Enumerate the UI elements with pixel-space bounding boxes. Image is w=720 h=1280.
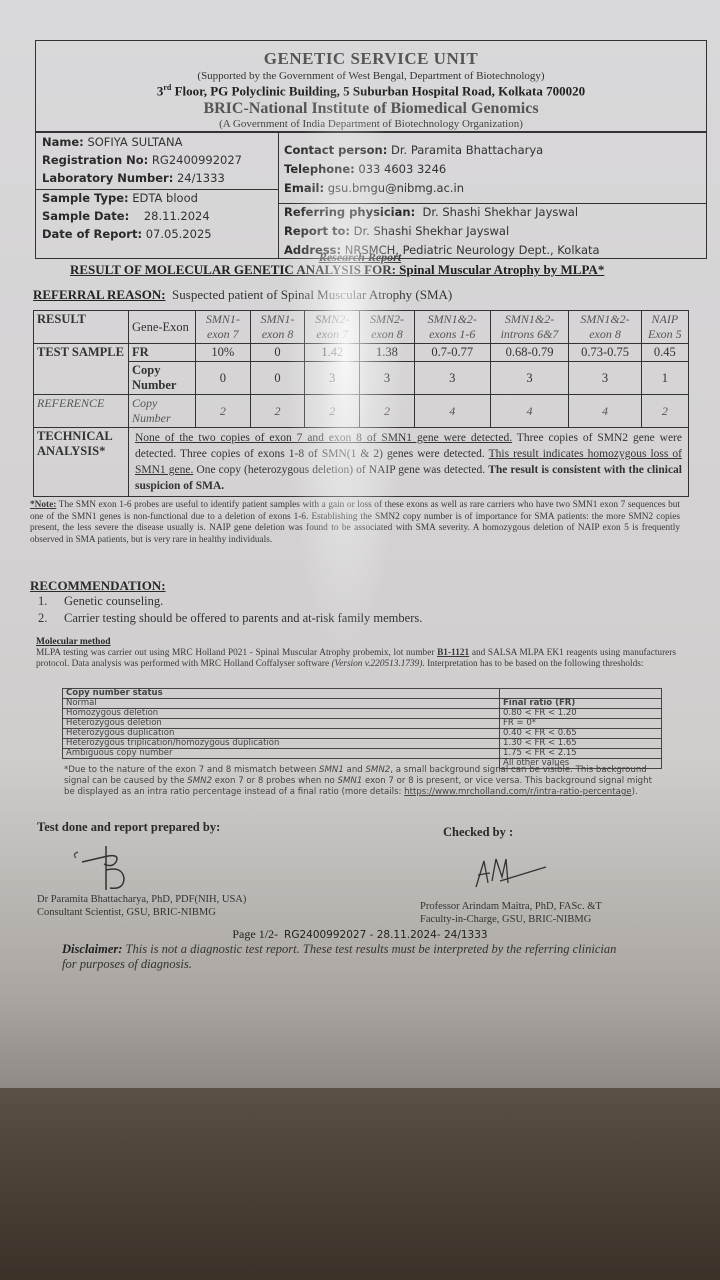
ratio-cell: FR = 0*: [500, 719, 662, 729]
preparer-signature-icon: [68, 840, 138, 895]
contact-details: Contact person: Dr. Paramita Bhattachary…: [278, 133, 706, 258]
column-header: SMN2-exon 7: [305, 311, 360, 344]
column-header: SMN1-exon 8: [250, 311, 305, 344]
reference-copy-label: Copy Number: [129, 395, 196, 428]
analysis-title: RESULT OF MOLECULAR GENETIC ANALYSIS FOR…: [70, 262, 604, 278]
table-surface: [0, 1088, 720, 1280]
intra-ratio-link[interactable]: https://www.mrcholland.com/r/intra-ratio…: [404, 787, 631, 797]
fr-label: FR: [129, 344, 196, 362]
thresholds-table: Copy number status NormalFinal ratio (FR…: [62, 688, 662, 769]
patient-details: Name: SOFIYA SULTANA Registration No: RG…: [36, 133, 279, 258]
technical-analysis-text: None of the two copies of exon 7 and exo…: [129, 428, 689, 497]
molecular-method-heading: Molecular method: [36, 637, 111, 647]
referral-reason: REFERRAL REASON: Suspected patient of Sp…: [33, 287, 452, 303]
ratio-header: Final ratio (FR): [500, 699, 662, 709]
status-cell: Ambiguous copy number: [63, 749, 500, 759]
status-cell: Heterozygous duplication: [63, 729, 500, 739]
reference-value: 2: [641, 395, 688, 428]
copy-number-value: 3: [414, 362, 490, 395]
copy-number-value: 3: [569, 362, 641, 395]
fr-value: 0.73-0.75: [569, 344, 641, 362]
table-row: Heterozygous deletionFR = 0*: [63, 719, 662, 729]
checker-name: Professor Arindam Maitra, PhD, FASc. &T: [420, 900, 602, 913]
reference-value: 2: [250, 395, 305, 428]
ratio-cell: 0.80 < FR < 1.20: [500, 709, 662, 719]
ratio-cell: 1.75 < FR < 2.15: [500, 749, 662, 759]
copy-number-value: 3: [490, 362, 569, 395]
institute-name: BRIC-National Institute of Biomedical Ge…: [36, 100, 706, 118]
status-cell: Heterozygous deletion: [63, 719, 500, 729]
government-line: (A Government of India Department of Bio…: [36, 118, 706, 130]
patient-name: Name: SOFIYA SULTANA: [42, 135, 182, 149]
fr-value: 0: [250, 344, 305, 362]
laboratory-number: Laboratory Number: 24/1333: [42, 171, 225, 185]
page-info: Page 1/2- RG2400992027 - 28.11.2024- 24/…: [0, 927, 720, 942]
preparer-credentials: Dr Paramita Bhattacharya, PhD, PDF(NIH, …: [37, 893, 246, 919]
footnote-text: *Due to the nature of the exon 7 and 8 m…: [64, 765, 664, 798]
note-paragraph: *Note: The SMN exon 1-6 probes are usefu…: [30, 500, 680, 546]
gene-exon-label: Gene-Exon: [129, 311, 196, 344]
column-header: NAIP Exon 5: [641, 311, 688, 344]
divider: [278, 203, 706, 204]
table-header-row: RESULT Gene-Exon SMN1-exon 7 SMN1-exon 8…: [34, 311, 689, 344]
letterhead: GENETIC SERVICE UNIT (Supported by the G…: [35, 40, 707, 132]
sample-date: Sample Date: 28.11.2024: [42, 209, 210, 223]
patient-info-box: Name: SOFIYA SULTANA Registration No: RG…: [35, 132, 707, 259]
disclaimer: Disclaimer: This is not a diagnostic tes…: [62, 942, 622, 972]
unit-title: GENETIC SERVICE UNIT: [36, 49, 706, 69]
report-date: Date of Report: 07.05.2025: [42, 227, 212, 241]
reference-value: 4: [414, 395, 490, 428]
reference-row: REFERENCE Copy Number 2 2 2 2 4 4 4 2: [34, 395, 689, 428]
supported-by: (Supported by the Government of West Ben…: [36, 70, 706, 82]
reference-value: 4: [569, 395, 641, 428]
fr-value: 0.45: [641, 344, 688, 362]
column-header: SMN1&2-exons 1-6: [414, 311, 490, 344]
blank-cell: [500, 689, 662, 699]
column-header: SMN1-exon 7: [196, 311, 251, 344]
status-cell: Heterozygous triplication/homozygous dup…: [63, 739, 500, 749]
copy-number-value: 0: [196, 362, 251, 395]
status-header: Copy number status: [63, 689, 500, 699]
copy-number-value: 0: [250, 362, 305, 395]
prepared-by-label: Test done and report prepared by:: [37, 820, 220, 835]
copy-number-value: 1: [641, 362, 688, 395]
fr-value: 0.7-0.77: [414, 344, 490, 362]
preparer-title: Consultant Scientist, GSU, BRIC-NIBMG: [37, 906, 246, 919]
table-row: Heterozygous duplication0.40 < FR < 0.65: [63, 729, 662, 739]
column-header: SMN1&2-introns 6&7: [490, 311, 569, 344]
checker-credentials: Professor Arindam Maitra, PhD, FASc. &T …: [420, 900, 602, 926]
table-row: Copy number status: [63, 689, 662, 699]
reference-label: REFERENCE: [34, 395, 129, 428]
fr-value: 1.38: [360, 344, 415, 362]
technical-row: TECHNICAL ANALYSIS* None of the two copi…: [34, 428, 689, 497]
registration-number: Registration No: RG2400992027: [42, 153, 242, 167]
list-item: 2.Carrier testing should be offered to p…: [38, 611, 422, 626]
copy-number-value: 3: [360, 362, 415, 395]
test-sample-label: TEST SAMPLE: [34, 344, 129, 395]
email: Email: gsu.bmgu@nibmg.ac.in: [284, 181, 464, 195]
recommendation-list: 1.Genetic counseling. 2.Carrier testing …: [38, 594, 422, 628]
divider: [36, 189, 278, 190]
reference-value: 2: [305, 395, 360, 428]
report-to: Report to: Dr. Shashi Shekhar Jayswal: [284, 224, 509, 238]
table-row: Heterozygous triplication/homozygous dup…: [63, 739, 662, 749]
column-header: SMN2-exon 8: [360, 311, 415, 344]
technical-label: TECHNICAL ANALYSIS*: [34, 428, 129, 497]
preparer-name: Dr Paramita Bhattacharya, PhD, PDF(NIH, …: [37, 893, 246, 906]
status-cell: Normal: [63, 699, 500, 709]
fr-row: TEST SAMPLE FR 10% 0 1.42 1.38 0.7-0.77 …: [34, 344, 689, 362]
copy-number-row: Copy Number 0 0 3 3 3 3 3 1: [34, 362, 689, 395]
sample-type: Sample Type: EDTA blood: [42, 191, 198, 205]
reference-value: 2: [360, 395, 415, 428]
copy-number-label: Copy Number: [129, 362, 196, 395]
status-cell: Homozygous deletion: [63, 709, 500, 719]
results-table: RESULT Gene-Exon SMN1-exon 7 SMN1-exon 8…: [33, 310, 689, 497]
list-item: 1.Genetic counseling.: [38, 594, 422, 609]
reference-value: 2: [196, 395, 251, 428]
recommendation-heading: RECOMMENDATION:: [30, 578, 166, 594]
copy-number-value: 3: [305, 362, 360, 395]
ratio-cell: 1.30 < FR < 1.65: [500, 739, 662, 749]
checked-by-label: Checked by :: [443, 825, 513, 840]
molecular-method-text: MLPA testing was carrier out using MRC H…: [36, 648, 676, 670]
telephone: Telephone: 033 4603 3246: [284, 162, 446, 176]
reference-value: 4: [490, 395, 569, 428]
referring-physician: Referring physician: Dr. Shashi Shekhar …: [284, 205, 578, 219]
table-row: Ambiguous copy number1.75 < FR < 2.15: [63, 749, 662, 759]
table-row: NormalFinal ratio (FR): [63, 699, 662, 709]
table-row: Homozygous deletion0.80 < FR < 1.20: [63, 709, 662, 719]
fr-value: 1.42: [305, 344, 360, 362]
contact-person: Contact person: Dr. Paramita Bhattachary…: [284, 143, 543, 157]
fr-value: 10%: [196, 344, 251, 362]
fr-value: 0.68-0.79: [490, 344, 569, 362]
checker-title: Faculty-in-Charge, GSU, BRIC-NIBMG: [420, 913, 602, 926]
unit-address: 3rd Floor, PG Polyclinic Building, 5 Sub…: [36, 83, 706, 99]
result-label: RESULT: [34, 311, 129, 344]
ratio-cell: 0.40 < FR < 0.65: [500, 729, 662, 739]
checker-signature-icon: [470, 853, 550, 893]
column-header: SMN1&2-exon 8: [569, 311, 641, 344]
